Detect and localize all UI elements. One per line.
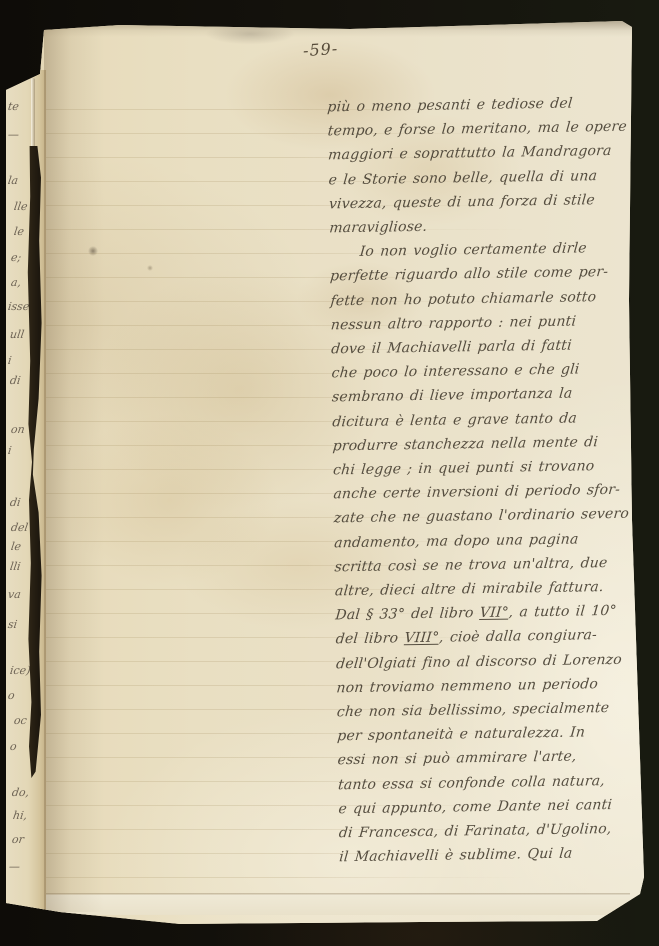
margin-text-fragment: lle [13, 200, 28, 213]
margin-text-fragment: del [10, 521, 29, 534]
margin-text-fragment: hi, [12, 809, 28, 822]
margin-text-fragment: le [13, 225, 25, 238]
margin-text-fragment: — [7, 128, 20, 141]
manuscript-page: te — la lle le e; a, isse ull i di on i … [0, 0, 659, 946]
citation-text: , cioè dalla congiura- [438, 628, 597, 647]
margin-text-fragment: i [7, 444, 12, 457]
citation-text: del libro [335, 631, 405, 648]
margin-text-fragment: isse [7, 300, 30, 313]
margin-text-fragment: a, [10, 276, 22, 289]
margin-text-fragment: di [9, 374, 21, 387]
page-edge-highlight [31, 78, 35, 152]
margin-text-fragment: ice) [9, 664, 31, 677]
scanned-manuscript: te — la lle le e; a, isse ull i di on i … [0, 0, 659, 946]
margin-text-fragment: or [11, 833, 25, 846]
margin-text-fragment: e; [10, 251, 22, 264]
margin-text-fragment: — [8, 860, 21, 873]
citation-text: Dal § 33° del libro [335, 605, 481, 623]
margin-text-fragment: le [10, 540, 22, 553]
page-top-edge-shadow [40, 21, 640, 37]
margin-text-fragment: va [7, 588, 22, 601]
margin-text-fragment: lli [9, 560, 21, 573]
margin-text-fragment: la [7, 174, 19, 187]
underlined-roman-numeral: VII° [479, 605, 509, 621]
underlying-page-edge [30, 893, 630, 915]
margin-text-fragment: te [7, 100, 20, 113]
margin-text-fragment: o [7, 689, 15, 702]
page-number: -59- [302, 39, 338, 60]
manuscript-text: più o meno pesanti e tediose del tempo, … [326, 91, 638, 870]
margin-text-fragment: on [10, 423, 26, 436]
gutter-shadow [44, 24, 104, 912]
underlined-roman-numeral: VIII° [404, 630, 440, 647]
manuscript-line: il Machiavelli è sublime. Qui la [338, 841, 640, 870]
margin-text-fragment: si [7, 618, 18, 631]
margin-text-fragment: do, [11, 786, 30, 799]
margin-text-fragment: i [7, 354, 12, 367]
margin-text-fragment: o [9, 740, 17, 753]
margin-text-fragment: ull [9, 328, 25, 341]
margin-text-fragment: oc [13, 714, 28, 727]
citation-text: , a tutto il 10° [508, 603, 617, 621]
margin-text-fragment: di [9, 496, 21, 509]
